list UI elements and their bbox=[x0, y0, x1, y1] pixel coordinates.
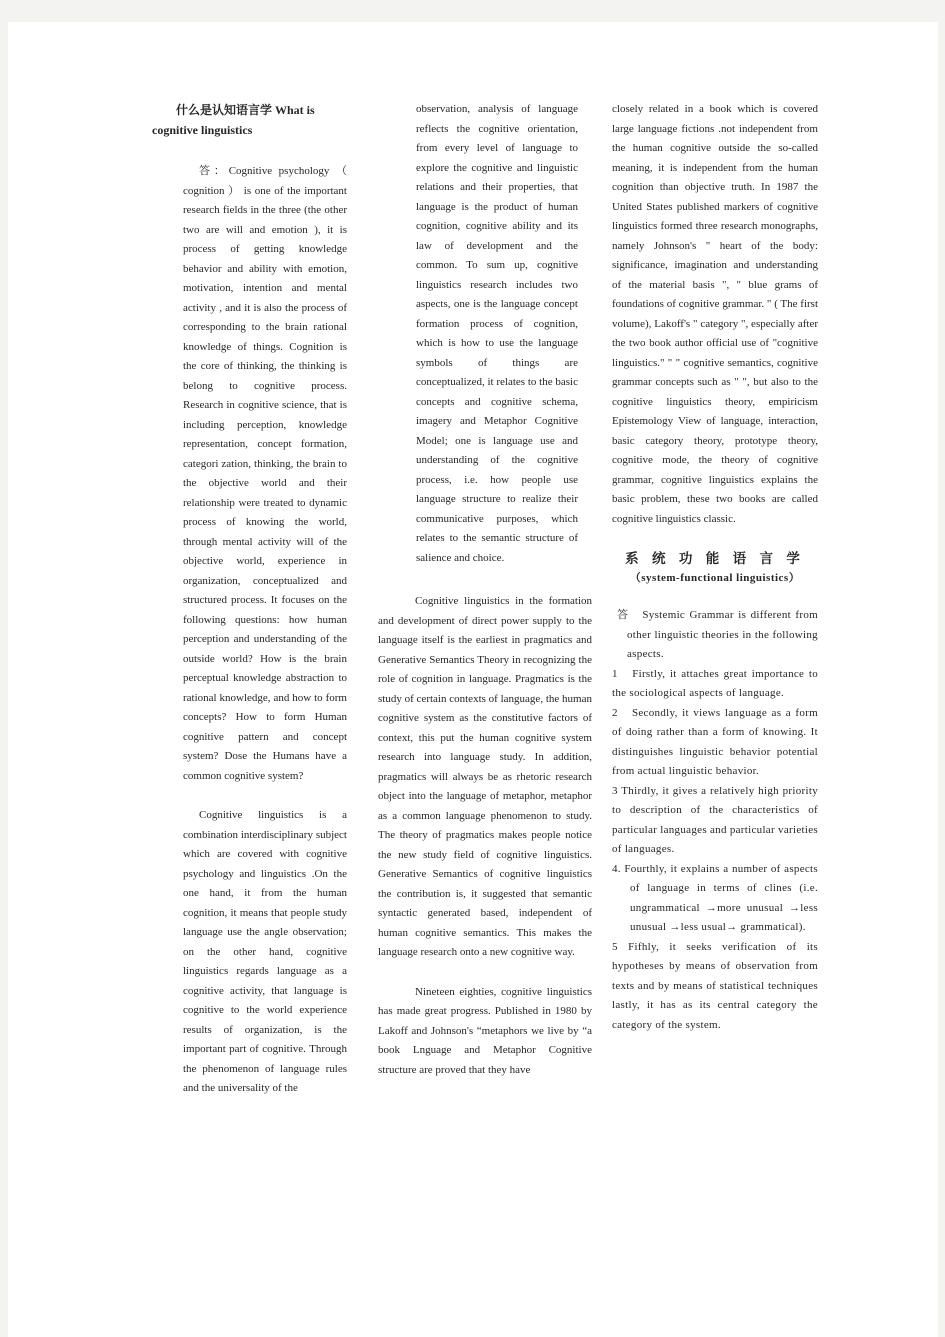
section2-item-1: 1 Firstly, it attaches great importance … bbox=[612, 665, 818, 704]
section1-heading: 什么是认知语言学 What is cognitive linguistics bbox=[152, 100, 347, 140]
section2-item-5: 5 Fifhly, it seeks verification of its h… bbox=[612, 938, 818, 1036]
answer-paragraph-2-continued: observation, analysis of language reflec… bbox=[416, 100, 578, 568]
answer-paragraph-2: Cognitive linguistics is a combination i… bbox=[183, 806, 347, 1099]
document-content: 什么是认知语言学 What is cognitive linguistics 答… bbox=[8, 22, 938, 1099]
paragraph-formation-development: Cognitive linguistics in the formation a… bbox=[378, 592, 592, 963]
section2-item-3: 3 Thirdly, it gives a relatively high pr… bbox=[612, 782, 818, 860]
column-1: 什么是认知语言学 What is cognitive linguistics 答… bbox=[152, 100, 347, 1099]
column-2: observation, analysis of language reflec… bbox=[378, 100, 592, 1080]
document-page: 什么是认知语言学 What is cognitive linguistics 答… bbox=[8, 22, 938, 1337]
paragraph-nineteen-eighties: Nineteen eighties, cognitive linguistics… bbox=[378, 983, 592, 1081]
section2-heading-chinese: 系 统 功 能 语 言 学 bbox=[612, 549, 818, 569]
paragraph-nineteen-eighties-continued: closely related in a book which is cover… bbox=[612, 100, 818, 529]
section2-item-4: 4. Fourthly, it explains a number of asp… bbox=[612, 860, 818, 938]
column-3: closely related in a book which is cover… bbox=[612, 100, 818, 1035]
answer-paragraph-1: 答：Cognitive psychology （ cognition ） is … bbox=[183, 162, 347, 786]
section2-heading-english: （system-functional linguistics） bbox=[612, 569, 818, 589]
section2-body: 答 Systemic Grammar is different from oth… bbox=[612, 606, 818, 1035]
section2-item-2: 2 Secondly, it views language as a form … bbox=[612, 704, 818, 782]
section2-intro: 答 Systemic Grammar is different from oth… bbox=[612, 606, 818, 665]
section2-heading: 系 统 功 能 语 言 学 （system-functional linguis… bbox=[612, 549, 818, 588]
